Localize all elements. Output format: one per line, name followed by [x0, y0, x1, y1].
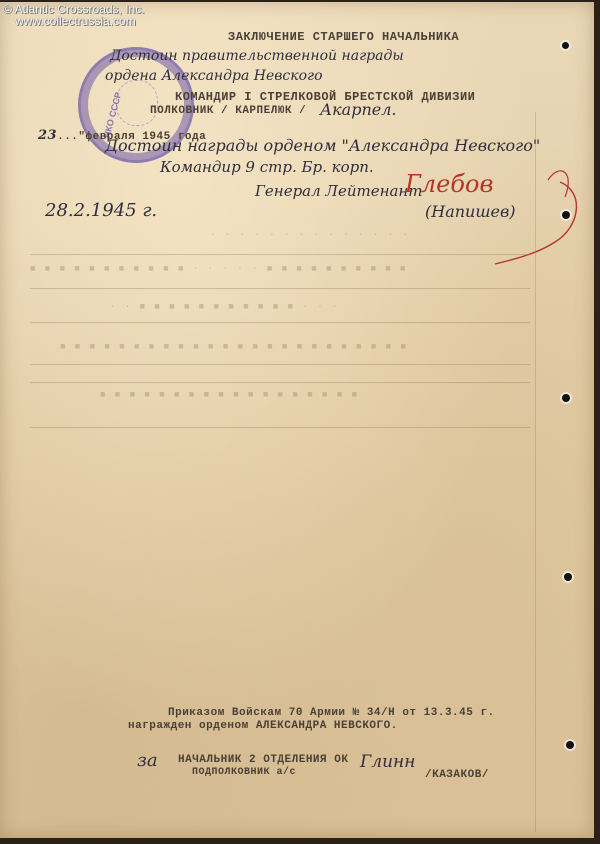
- bleed-through-line: [30, 322, 530, 323]
- red-signature-flourish: [0, 2, 600, 302]
- punch-hole: [562, 394, 570, 402]
- footer-title: НАЧАЛЬНИК 2 ОТДЕЛЕНИЯ ОК: [178, 754, 348, 766]
- bleed-through-text: ■ ■ ■ ■ ■ ■ ■ ■ ■ ■ ■ · · · · · ■ ■ ■ ■ …: [30, 264, 407, 274]
- punch-hole: [562, 211, 570, 219]
- bleed-through-text: · · ■ ■ ■ ■ ■ ■ ■ ■ ■ ■ ■ · · ·: [110, 302, 339, 312]
- bleed-through-text: · · · · · · · · · · · · · ·: [210, 230, 410, 240]
- footer-prefix-hand: за: [137, 750, 158, 771]
- margin-line: [535, 112, 536, 832]
- order-line-1: Приказом Войскам 70 Армии № 34/Н от 13.3…: [168, 707, 495, 719]
- bleed-through-text: ■ ■ ■ ■ ■ ■ ■ ■ ■ ■ ■ ■ ■ ■ ■ ■ ■ ■ ■ ■ …: [60, 342, 408, 352]
- bleed-through-line: [30, 254, 530, 255]
- bleed-through-line: [30, 382, 530, 383]
- bleed-through-text: ■ ■ ■ ■ ■ ■ ■ ■ ■ ■ ■ ■ ■ ■ ■ ■ ■ ■: [100, 390, 359, 400]
- document-page: © Atlantic Crossroads, Inc.www.collectru…: [0, 2, 594, 838]
- footer-signature: Глинн: [360, 752, 415, 772]
- footer-rank: ПОДПОЛКОВНИК а/с: [192, 767, 296, 778]
- punch-hole: [562, 42, 569, 49]
- order-line-2: награжден орденом АЛЕКСАНДРА НЕВСКОГО.: [128, 720, 398, 732]
- footer-name: /КАЗАКОВ/: [425, 769, 489, 781]
- punch-hole: [566, 741, 574, 749]
- bleed-through-line: [30, 288, 530, 289]
- punch-hole: [564, 573, 572, 581]
- bleed-through-line: [30, 364, 530, 365]
- bleed-through-line: [30, 427, 530, 428]
